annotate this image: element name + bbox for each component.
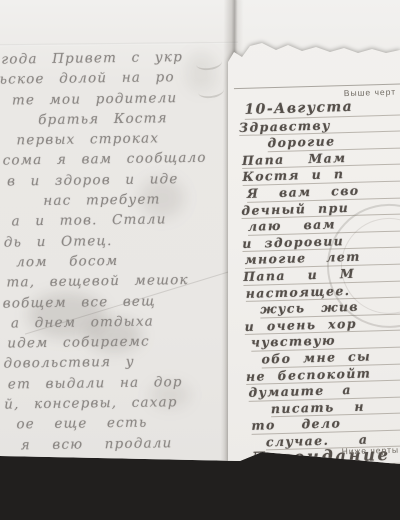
letter-right-page: Выше черт 10-АвгустаЗдравствудорогиеПапа… xyxy=(228,0,400,464)
right-page-paper: Выше черт 10-АвгустаЗдравствудорогиеПапа… xyxy=(228,0,400,464)
letter-left-page: года Привет с укрьское долой на роте мои… xyxy=(0,0,238,464)
scan-area: года Привет с укрьское долой на роте мои… xyxy=(0,0,400,464)
handwriting-line: сома я вам сообщало xyxy=(3,148,233,172)
paper-crease xyxy=(0,42,238,46)
left-page-handwriting: года Привет с укрьское долой на роте мои… xyxy=(0,46,237,455)
right-page-content: Выше черт 10-АвгустаЗдравствудорогиеПапа… xyxy=(222,0,400,466)
handwriting-line: нас требует xyxy=(43,188,233,211)
handwriting-line: братья Костя xyxy=(38,107,232,130)
scanned-letter-photo: года Привет с укрьское долой на роте мои… xyxy=(0,0,400,520)
form-printed-label-top: Выше черт xyxy=(344,87,397,98)
handwriting-line: я всю продали xyxy=(21,432,237,455)
form-printed-label-bottom: Ниже черты н xyxy=(342,444,400,456)
